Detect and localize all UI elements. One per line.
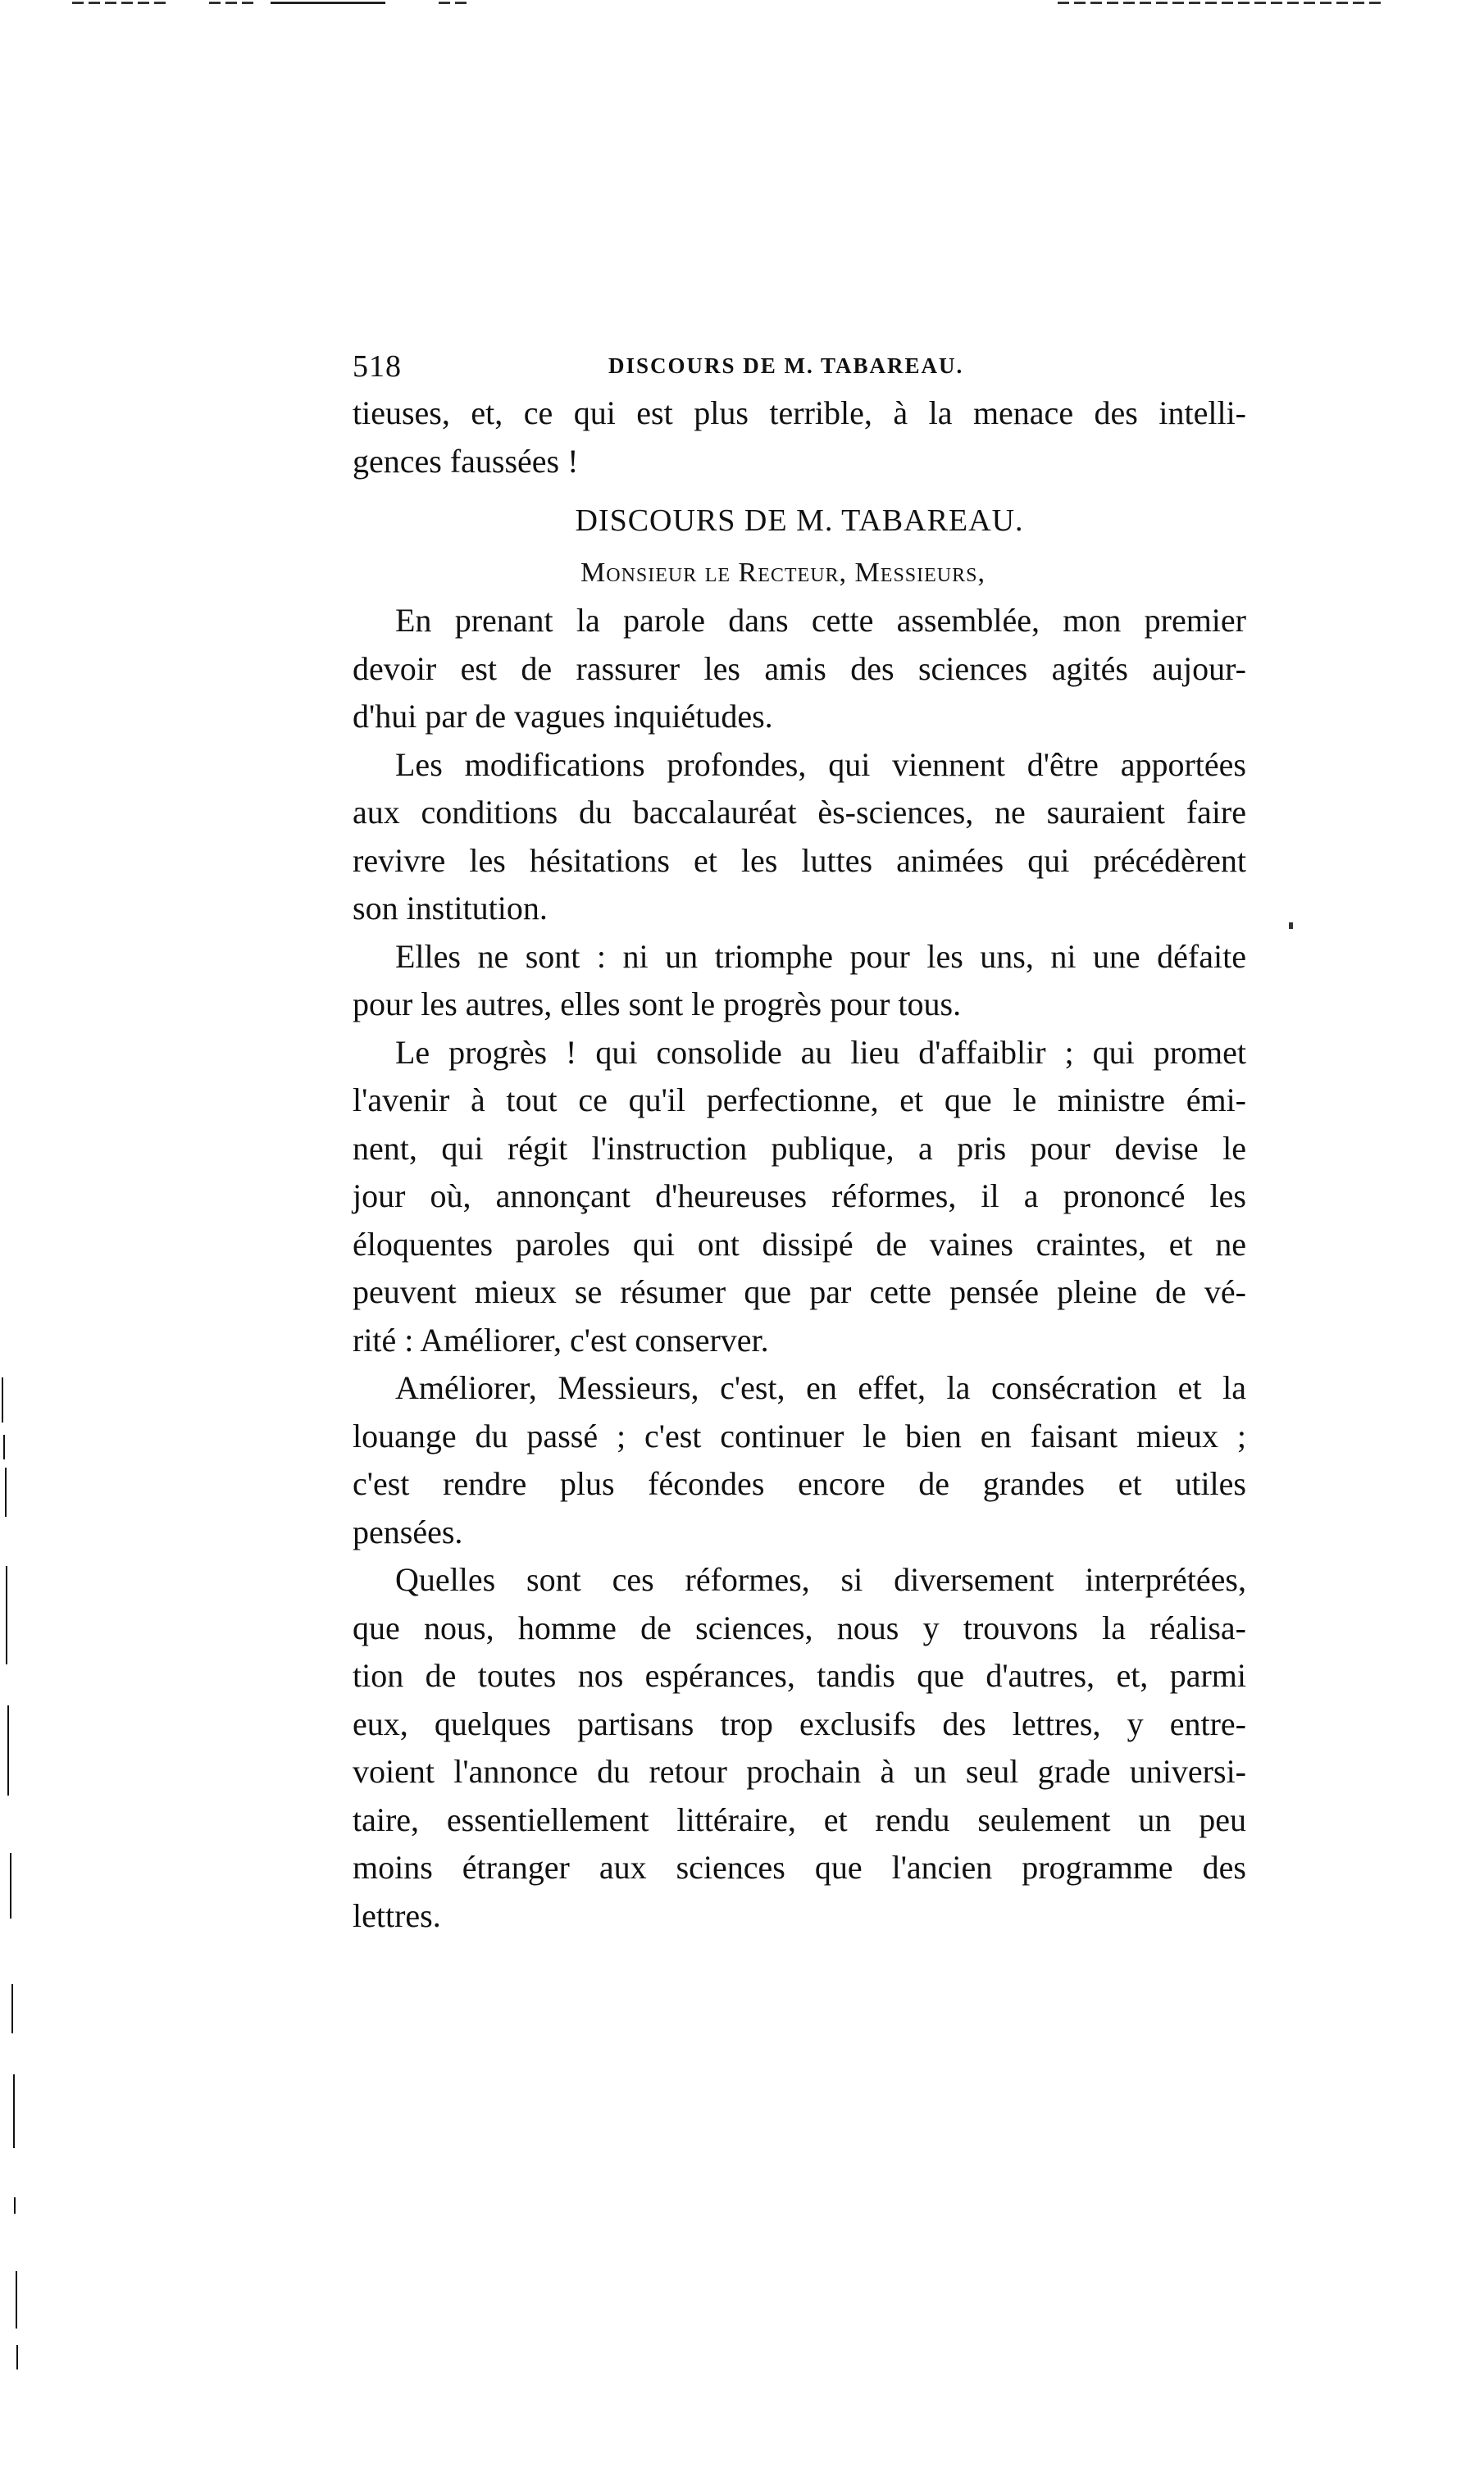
scan-edge-rule-top [439,2,471,4]
continuation-paragraph: tieuses, et, ce qui est plus terrible, à… [353,389,1246,485]
text-line: moins étranger aux sciences que l'ancien… [353,1844,1246,1892]
scan-edge-rule-top [1058,2,1386,4]
text-line: nent, qui régit l'instruction publique, … [353,1125,1246,1173]
text-line: éloquentes paroles qui ont dissipé de va… [353,1221,1246,1269]
text-line: devoir est de rassurer les amis des scie… [353,645,1246,694]
text-line: gences faussées ! [353,438,1246,486]
text-line: Quelles sont ces réformes, si diversemen… [353,1556,1246,1605]
scan-edge-rule-top [72,2,171,4]
scan-edge-rule-top [271,2,385,4]
text-line: taire, essentiellement littéraire, et re… [353,1796,1246,1845]
text-line: rité : Améliorer, c'est conserver. [353,1317,1246,1365]
text-line: son institution. [353,885,1246,933]
page-number: 518 [353,348,402,385]
scan-speck [1289,922,1293,929]
text-line: jour où, annonçant d'heureuses réformes,… [353,1172,1246,1221]
running-head: 518 DISCOURS DE M. TABAREAU. [353,340,1246,389]
salutation: Monsieur le Recteur, Messieurs, [353,549,1246,597]
paragraph: Le progrès ! qui consolide au lieu d'aff… [353,1029,1246,1365]
text-line: En prenant la parole dans cette assemblé… [353,597,1246,645]
text-line: voient l'annonce du retour prochain à un… [353,1748,1246,1796]
text-line: peuvent mieux se résumer que par cette p… [353,1268,1246,1317]
scan-left-edge-marks [0,1361,33,2476]
text-line: louange du passé ; c'est continuer le bi… [353,1413,1246,1461]
text-line: l'avenir à tout ce qu'il perfectionne, e… [353,1077,1246,1125]
text-line: pour les autres, elles sont le progrès p… [353,981,1246,1029]
text-line: eux, quelques partisans trop exclusifs d… [353,1700,1246,1749]
running-title: DISCOURS DE M. TABAREAU. [608,353,963,379]
text-line: Elles ne sont : ni un triomphe pour les … [353,933,1246,981]
text-line: Le progrès ! qui consolide au lieu d'aff… [353,1029,1246,1077]
paragraph: Les modifications profondes, qui viennen… [353,741,1246,933]
text-line: aux conditions du baccalauréat ès-scienc… [353,789,1246,837]
text-line: Les modifications profondes, qui viennen… [353,741,1246,790]
text-line: tion de toutes nos espérances, tandis qu… [353,1652,1246,1700]
text-line: Améliorer, Messieurs, c'est, en effet, l… [353,1364,1246,1413]
paragraph: Améliorer, Messieurs, c'est, en effet, l… [353,1364,1246,1556]
paragraph: En prenant la parole dans cette assemblé… [353,597,1246,741]
text-line: pensées. [353,1509,1246,1557]
paragraph: Quelles sont ces réformes, si diversemen… [353,1556,1246,1940]
text-line: revivre les hésitations et les luttes an… [353,837,1246,885]
section-title: DISCOURS DE M. TABAREAU. [353,497,1246,544]
book-page: 518 DISCOURS DE M. TABAREAU. tieuses, et… [353,340,1246,1940]
paragraph: Elles ne sont : ni un triomphe pour les … [353,933,1246,1029]
text-line: lettres. [353,1892,1246,1941]
scan-edge-rule-top [209,2,258,4]
text-line: tieuses, et, ce qui est plus terrible, à… [353,389,1246,438]
text-line: d'hui par de vagues inquiétudes. [353,693,1246,741]
text-line: que nous, homme de sciences, nous y trou… [353,1605,1246,1653]
text-line: c'est rendre plus fécondes encore de gra… [353,1460,1246,1509]
